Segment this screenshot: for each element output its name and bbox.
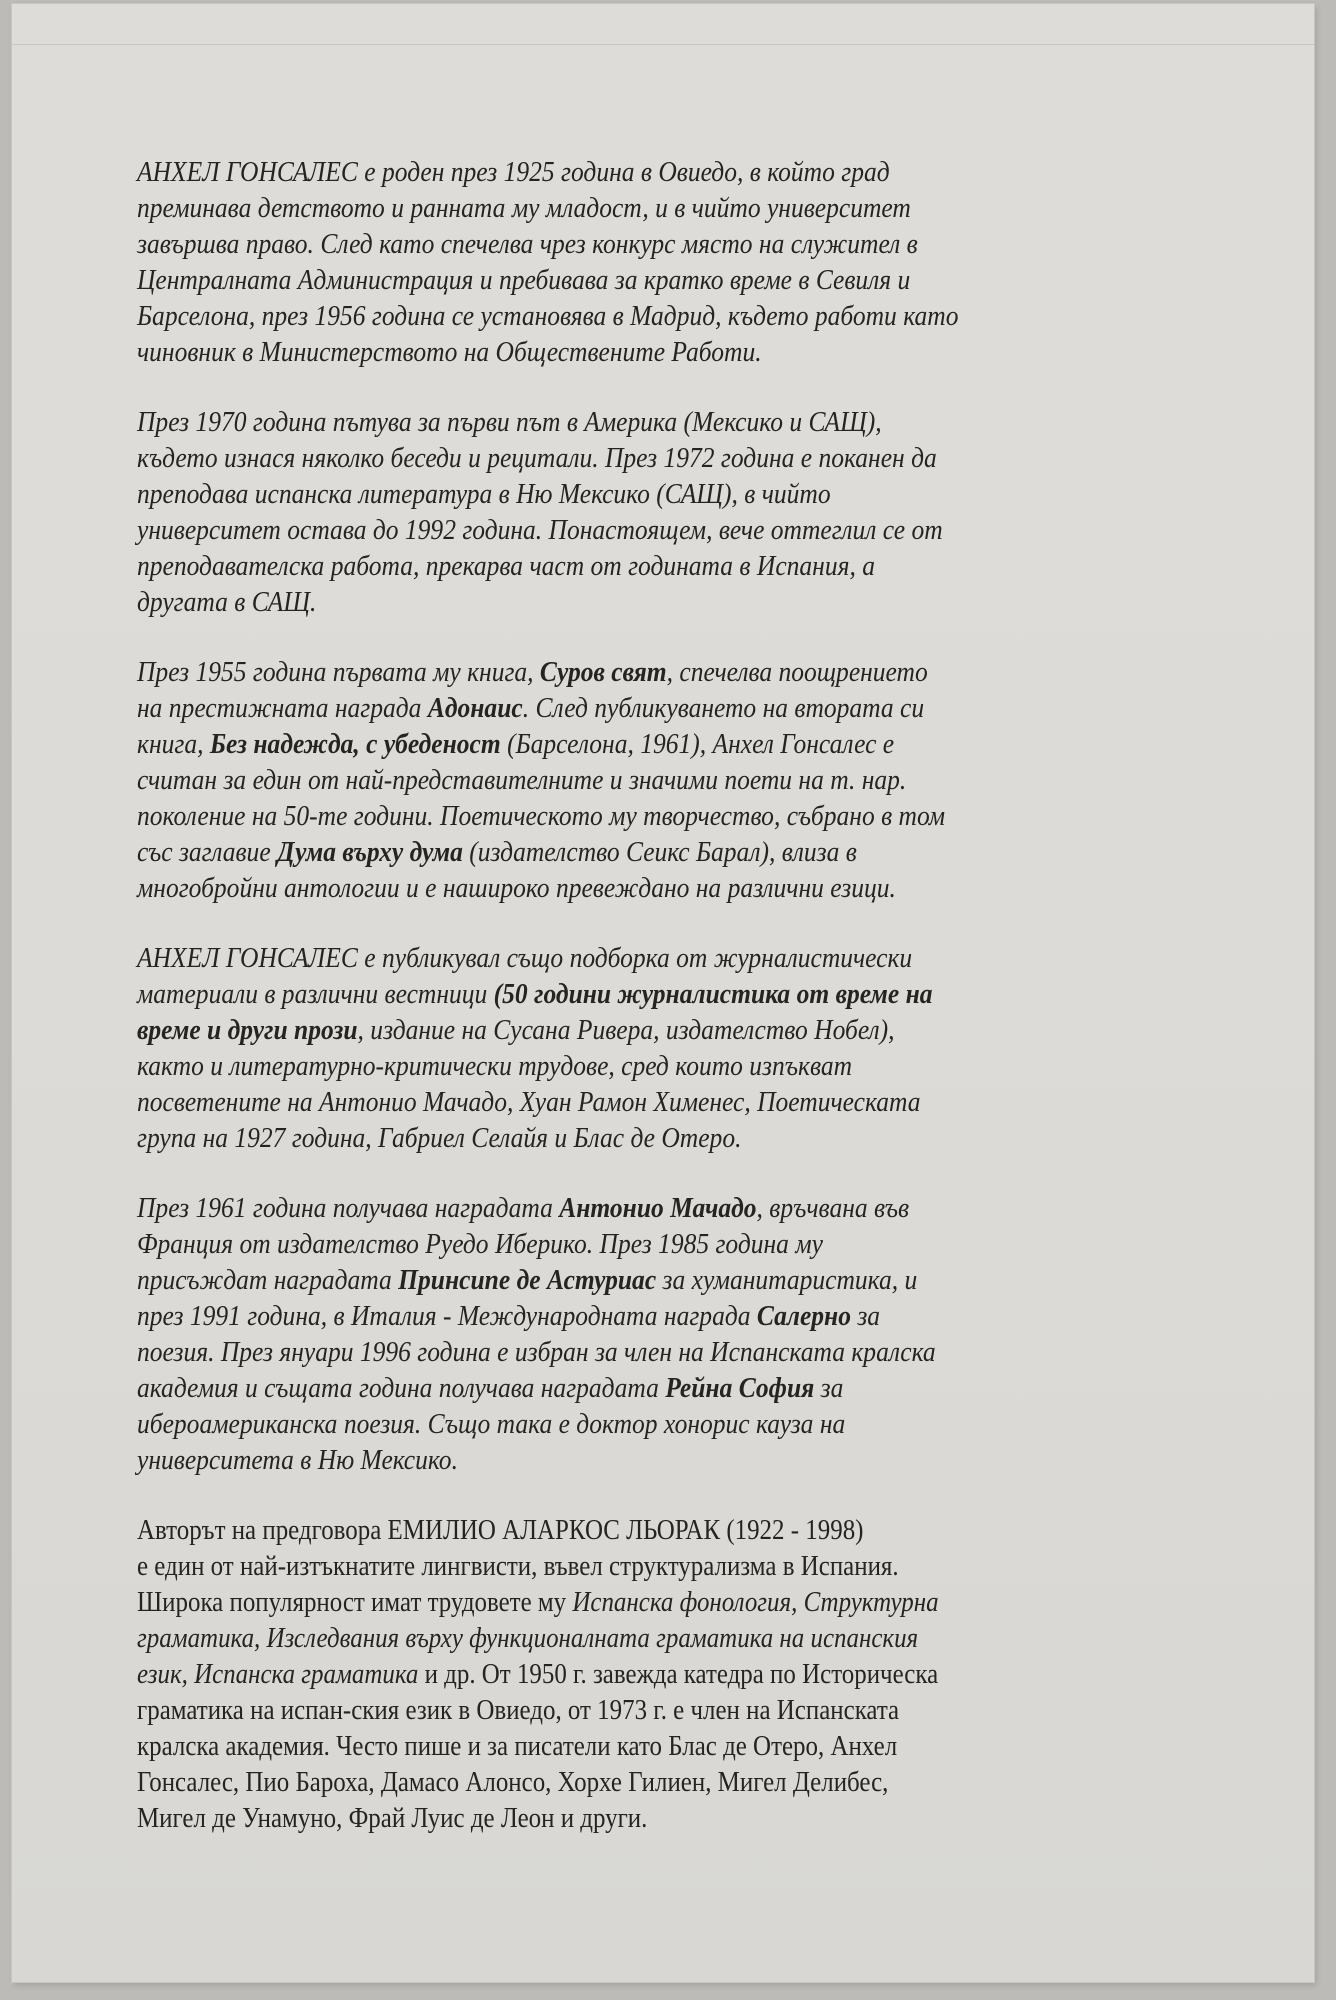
text-segment: другата в САЩ. — [137, 586, 316, 618]
text-segment: университета в Ню Мексико. — [137, 1444, 458, 1476]
italic-title: Испанска фонология, Структурна — [572, 1586, 938, 1618]
text-segment: АНХЕЛ ГОНСАЛЕС е публикувал също подборк… — [137, 942, 912, 974]
text-line: преподава испанска литература в Ню Мекси… — [137, 476, 1219, 512]
text-segment: академия и същата година получава наград… — [137, 1372, 665, 1404]
text-line: посветените на Антонио Мачадо, Хуан Рамо… — [137, 1084, 1219, 1120]
text-line: университета в Ню Мексико. — [137, 1442, 1219, 1478]
text-segment: През 1970 година пътува за първи път в А… — [137, 406, 882, 438]
text-line: където изнася няколко беседи и рецитали.… — [137, 440, 1219, 476]
text-segment: Мигел де Унамуно, Фрай Луис де Леон и др… — [137, 1802, 647, 1834]
emphasized-title: (50 години журналистика от време на — [494, 978, 933, 1010]
text-line: Франция от издателство Руедо Иберико. Пр… — [137, 1226, 1219, 1262]
text-segment: университет остава до 1992 година. Понас… — [137, 514, 943, 546]
text-line: завършва право. След като спечелва чрез … — [137, 226, 1219, 262]
text-line: другата в САЩ. — [137, 584, 1219, 620]
text-segment: През 1961 година получава наградата — [137, 1192, 559, 1224]
text-line: считан за един от най-представителните и… — [137, 762, 1219, 798]
text-line: университет остава до 1992 година. Понас… — [137, 512, 1219, 548]
text-line: преминава детството и ранната му младост… — [137, 190, 1219, 226]
cover-top-fold — [12, 4, 1314, 45]
text-line: група на 1927 година, Габриел Селайя и Б… — [137, 1120, 1219, 1156]
text-line: Централната Администрация и пребивава за… — [137, 262, 1219, 298]
text-line: език, Испанска граматика и др. От 1950 г… — [137, 1656, 1221, 1692]
text-segment: материали в различни вестници — [137, 978, 494, 1010]
emphasized-title: Принсипе де Астуриас — [398, 1264, 656, 1296]
text-line: Авторът на предговора ЕМИЛИО АЛАРКОС ЛЬО… — [137, 1512, 1221, 1548]
text-segment: посветените на Антонио Мачадо, Хуан Рамо… — [137, 1086, 921, 1118]
text-line: граматика, Изследвания върху функционалн… — [137, 1620, 1221, 1656]
text-segment: многобройни антологии и е нашироко преве… — [137, 872, 896, 904]
text-segment: (издателство Сеикс Барал), влиза в — [463, 836, 857, 868]
text-segment: Централната Администрация и пребивава за… — [137, 264, 910, 296]
emphasized-title: Дума върху дума — [277, 836, 463, 868]
text-segment: Барселона, през 1956 година се установяв… — [137, 300, 958, 332]
text-line: на престижната награда Адонаис. След пуб… — [137, 690, 1219, 726]
text-line: време и други прози, издание на Сусана Р… — [137, 1012, 1219, 1048]
emphasized-title: Антонио Мачадо — [559, 1192, 756, 1224]
text-line: със заглавие Дума върху дума (издателств… — [137, 834, 1219, 870]
text-segment: (Барселона, 1961), Анхел Гонсалес е — [501, 728, 894, 760]
biography-paragraph: АНХЕЛ ГОНСАЛЕС е публикувал също подборк… — [137, 940, 1219, 1156]
text-line: книга, Без надежда, с убеденост (Барсело… — [137, 726, 1219, 762]
text-segment: където изнася няколко беседи и рецитали.… — [137, 442, 937, 474]
text-segment: за — [814, 1372, 843, 1404]
text-segment: кралска академия. Често пише и за писате… — [137, 1730, 897, 1762]
text-line: граматика на испан-ския език в Овиедо, о… — [137, 1692, 1221, 1728]
text-segment: и др. От 1950 г. завежда катедра по Исто… — [418, 1658, 938, 1690]
text-line: академия и същата година получава наград… — [137, 1370, 1219, 1406]
emphasized-title: Салерно — [757, 1300, 851, 1332]
preface-author-paragraph: Авторът на предговора ЕМИЛИО АЛАРКОС ЛЬО… — [137, 1512, 1221, 1836]
text-line: през 1991 година, в Италия - Международн… — [137, 1298, 1219, 1334]
text-line: През 1955 година първата му книга, Суров… — [137, 654, 1219, 690]
text-line: чиновник в Министерството на Общественит… — [137, 334, 1219, 370]
text-segment: преподавателска работа, прекарва част от… — [137, 550, 875, 582]
text-line: ибероамериканска поезия. Също така е док… — [137, 1406, 1219, 1442]
text-line: Гонсалес, Пио Бароха, Дамасо Алонсо, Хор… — [137, 1764, 1221, 1800]
text-line: както и литературно-критически трудове, … — [137, 1048, 1219, 1084]
text-segment: група на 1927 година, Габриел Селайя и Б… — [137, 1122, 741, 1154]
text-segment: Франция от издателство Руедо Иберико. Пр… — [137, 1228, 823, 1260]
text-line: През 1961 година получава наградата Анто… — [137, 1190, 1219, 1226]
text-segment: присъждат наградата — [137, 1264, 398, 1296]
cover-text-block: АНХЕЛ ГОНСАЛЕС е роден през 1925 година … — [137, 154, 1227, 1870]
text-segment: преминава детството и ранната му младост… — [137, 192, 911, 224]
text-line: През 1970 година пътува за първи път в А… — [137, 404, 1219, 440]
text-segment: Широка популярност имат трудовете му — [137, 1586, 572, 1618]
text-line: поезия. През януари 1996 година е избран… — [137, 1334, 1219, 1370]
text-segment: на престижната награда — [137, 692, 428, 724]
text-segment: поколение на 50-те години. Поетическото … — [137, 800, 945, 832]
text-segment: , издание на Сусана Ривера, издателство … — [358, 1014, 895, 1046]
book-back-cover: АНХЕЛ ГОНСАЛЕС е роден през 1925 година … — [12, 4, 1314, 1982]
text-line: АНХЕЛ ГОНСАЛЕС е роден през 1925 година … — [137, 154, 1219, 190]
text-line: поколение на 50-те години. Поетическото … — [137, 798, 1219, 834]
emphasized-title: Суров свят — [540, 656, 667, 688]
text-segment: ибероамериканска поезия. Също така е док… — [137, 1408, 845, 1440]
text-segment: , спечелва поощрението — [667, 656, 928, 688]
text-line: кралска академия. Често пише и за писате… — [137, 1728, 1221, 1764]
text-line: многобройни антологии и е нашироко преве… — [137, 870, 1219, 906]
text-segment: поезия. През януари 1996 година е избран… — [137, 1336, 936, 1368]
text-segment: Гонсалес, Пио Бароха, Дамасо Алонсо, Хор… — [137, 1766, 888, 1798]
text-segment: преподава испанска литература в Ню Мекси… — [137, 478, 831, 510]
emphasized-title: Рейна София — [665, 1372, 814, 1404]
text-segment: със заглавие — [137, 836, 277, 868]
biography-paragraph: АНХЕЛ ГОНСАЛЕС е роден през 1925 година … — [137, 154, 1219, 370]
italic-title: граматика, Изследвания върху функционалн… — [137, 1622, 918, 1654]
text-line: присъждат наградата Принсипе де Астуриас… — [137, 1262, 1219, 1298]
text-segment: книга, — [137, 728, 210, 760]
text-segment: граматика на испан-ския език в Овиедо, о… — [137, 1694, 899, 1726]
text-line: Барселона, през 1956 година се установяв… — [137, 298, 1219, 334]
text-line: преподавателска работа, прекарва част от… — [137, 548, 1219, 584]
text-segment: за хуманитаристика, и — [656, 1264, 917, 1296]
text-line: Мигел де Унамуно, Фрай Луис де Леон и др… — [137, 1800, 1221, 1836]
text-segment: за — [851, 1300, 880, 1332]
text-segment: През 1955 година първата му книга, — [137, 656, 540, 688]
text-line: е един от най-изтъкнатите лингвисти, във… — [137, 1548, 1221, 1584]
text-segment: Авторът на предговора ЕМИЛИО АЛАРКОС ЛЬО… — [137, 1514, 863, 1546]
text-segment: през 1991 година, в Италия - Международн… — [137, 1300, 757, 1332]
text-line: материали в различни вестници (50 години… — [137, 976, 1219, 1012]
text-line: Широка популярност имат трудовете му Исп… — [137, 1584, 1221, 1620]
emphasized-title: време и други прози — [137, 1014, 358, 1046]
biography-paragraph: През 1955 година първата му книга, Суров… — [137, 654, 1219, 906]
text-segment: както и литературно-критически трудове, … — [137, 1050, 852, 1082]
text-segment: АНХЕЛ ГОНСАЛЕС е роден през 1925 година … — [137, 156, 890, 188]
text-line: АНХЕЛ ГОНСАЛЕС е публикувал също подборк… — [137, 940, 1219, 976]
text-segment: чиновник в Министерството на Общественит… — [137, 336, 762, 368]
biography-paragraph: През 1970 година пътува за първи път в А… — [137, 404, 1219, 620]
emphasized-title: Без надежда, с убеденост — [210, 728, 501, 760]
text-segment: е един от най-изтъкнатите лингвисти, във… — [137, 1550, 899, 1582]
biography-paragraph: През 1961 година получава наградата Анто… — [137, 1190, 1219, 1478]
text-segment: . След публикуването на втората си — [523, 692, 924, 724]
text-segment: считан за един от най-представителните и… — [137, 764, 906, 796]
italic-title: език, Испанска граматика — [137, 1658, 418, 1690]
text-segment: , връчвана във — [757, 1192, 910, 1224]
text-segment: завършва право. След като спечелва чрез … — [137, 228, 918, 260]
emphasized-title: Адонаис — [428, 692, 523, 724]
